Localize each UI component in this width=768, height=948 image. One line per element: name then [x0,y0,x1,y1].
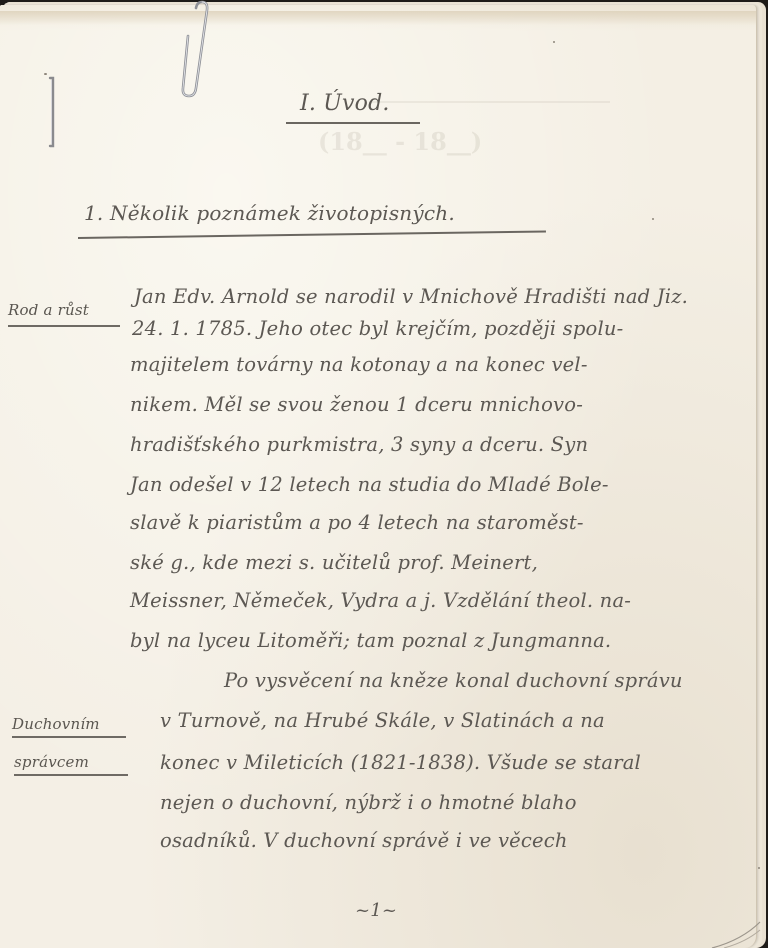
bleed-through-text: (18__ - 18__) [318,127,482,156]
section-heading: 1. Několik poznámek životopisných. [84,201,455,225]
manuscript-page: (18__ - 18__) I. Úvod. 1. Několik poznám… [0,5,757,948]
page-number: ~1~ [355,900,397,921]
text-line: Jan Edv. Arnold se narodil v Mnichově Hr… [134,285,688,308]
title-underline [286,122,420,124]
text-line: hradišťského purkmistra, 3 syny a dceru.… [130,433,588,456]
margin-note-duchovnim: Duchovním [12,715,100,733]
margin-note-underline [12,736,126,738]
text-line: 24. 1. 1785. Jeho otec byl krejčím, pozd… [132,317,623,340]
text-line: v Turnově, na Hrubé Skále, v Slatinách a… [160,709,605,732]
section-underline [78,230,546,239]
margin-note-underline [14,774,128,776]
text-line: byl na lyceu Litoměři; tam poznal z Jung… [130,629,611,652]
page-corner-curl [702,918,762,948]
margin-note-spravcem: správcem [14,753,89,771]
text-line: nikem. Měl se svou ženou 1 dceru mnichov… [130,393,583,416]
text-line: osadníků. V duchovní správě i ve věcech [160,829,568,852]
bleed-through-rule [370,101,610,103]
margin-note-underline [8,325,120,327]
top-fold-shadow [0,11,756,25]
scanned-page: (18__ - 18__) I. Úvod. 1. Několik poznám… [0,0,768,948]
text-line: konec v Mileticích (1821-1838). Všude se… [160,751,641,774]
text-line: Po vysvěcení na kněze konal duchovní spr… [224,669,683,692]
text-line: Jan odešel v 12 letech na studia do Mlad… [130,473,609,496]
text-line: nejen o duchovní, nýbrž i o hmotné blaho [160,791,577,814]
paper-speck [553,41,555,43]
text-line: Meissner, Němeček, Vydra a j. Vzdělání t… [130,589,631,612]
paper-speck [652,218,654,220]
text-line: ské g., kde mezi s. učitelů prof. Meiner… [130,551,538,574]
text-line: majitelem továrny na kotonay a na konec … [130,353,588,376]
paper-speck [758,867,760,869]
margin-note-rod-a-rust: Rod a růst [8,301,89,319]
text-line: slavě k piaristům a po 4 letech na staro… [130,511,584,534]
page-title: I. Úvod. [300,91,390,116]
staple-icon [44,64,58,150]
paper-clip-icon [176,0,216,100]
